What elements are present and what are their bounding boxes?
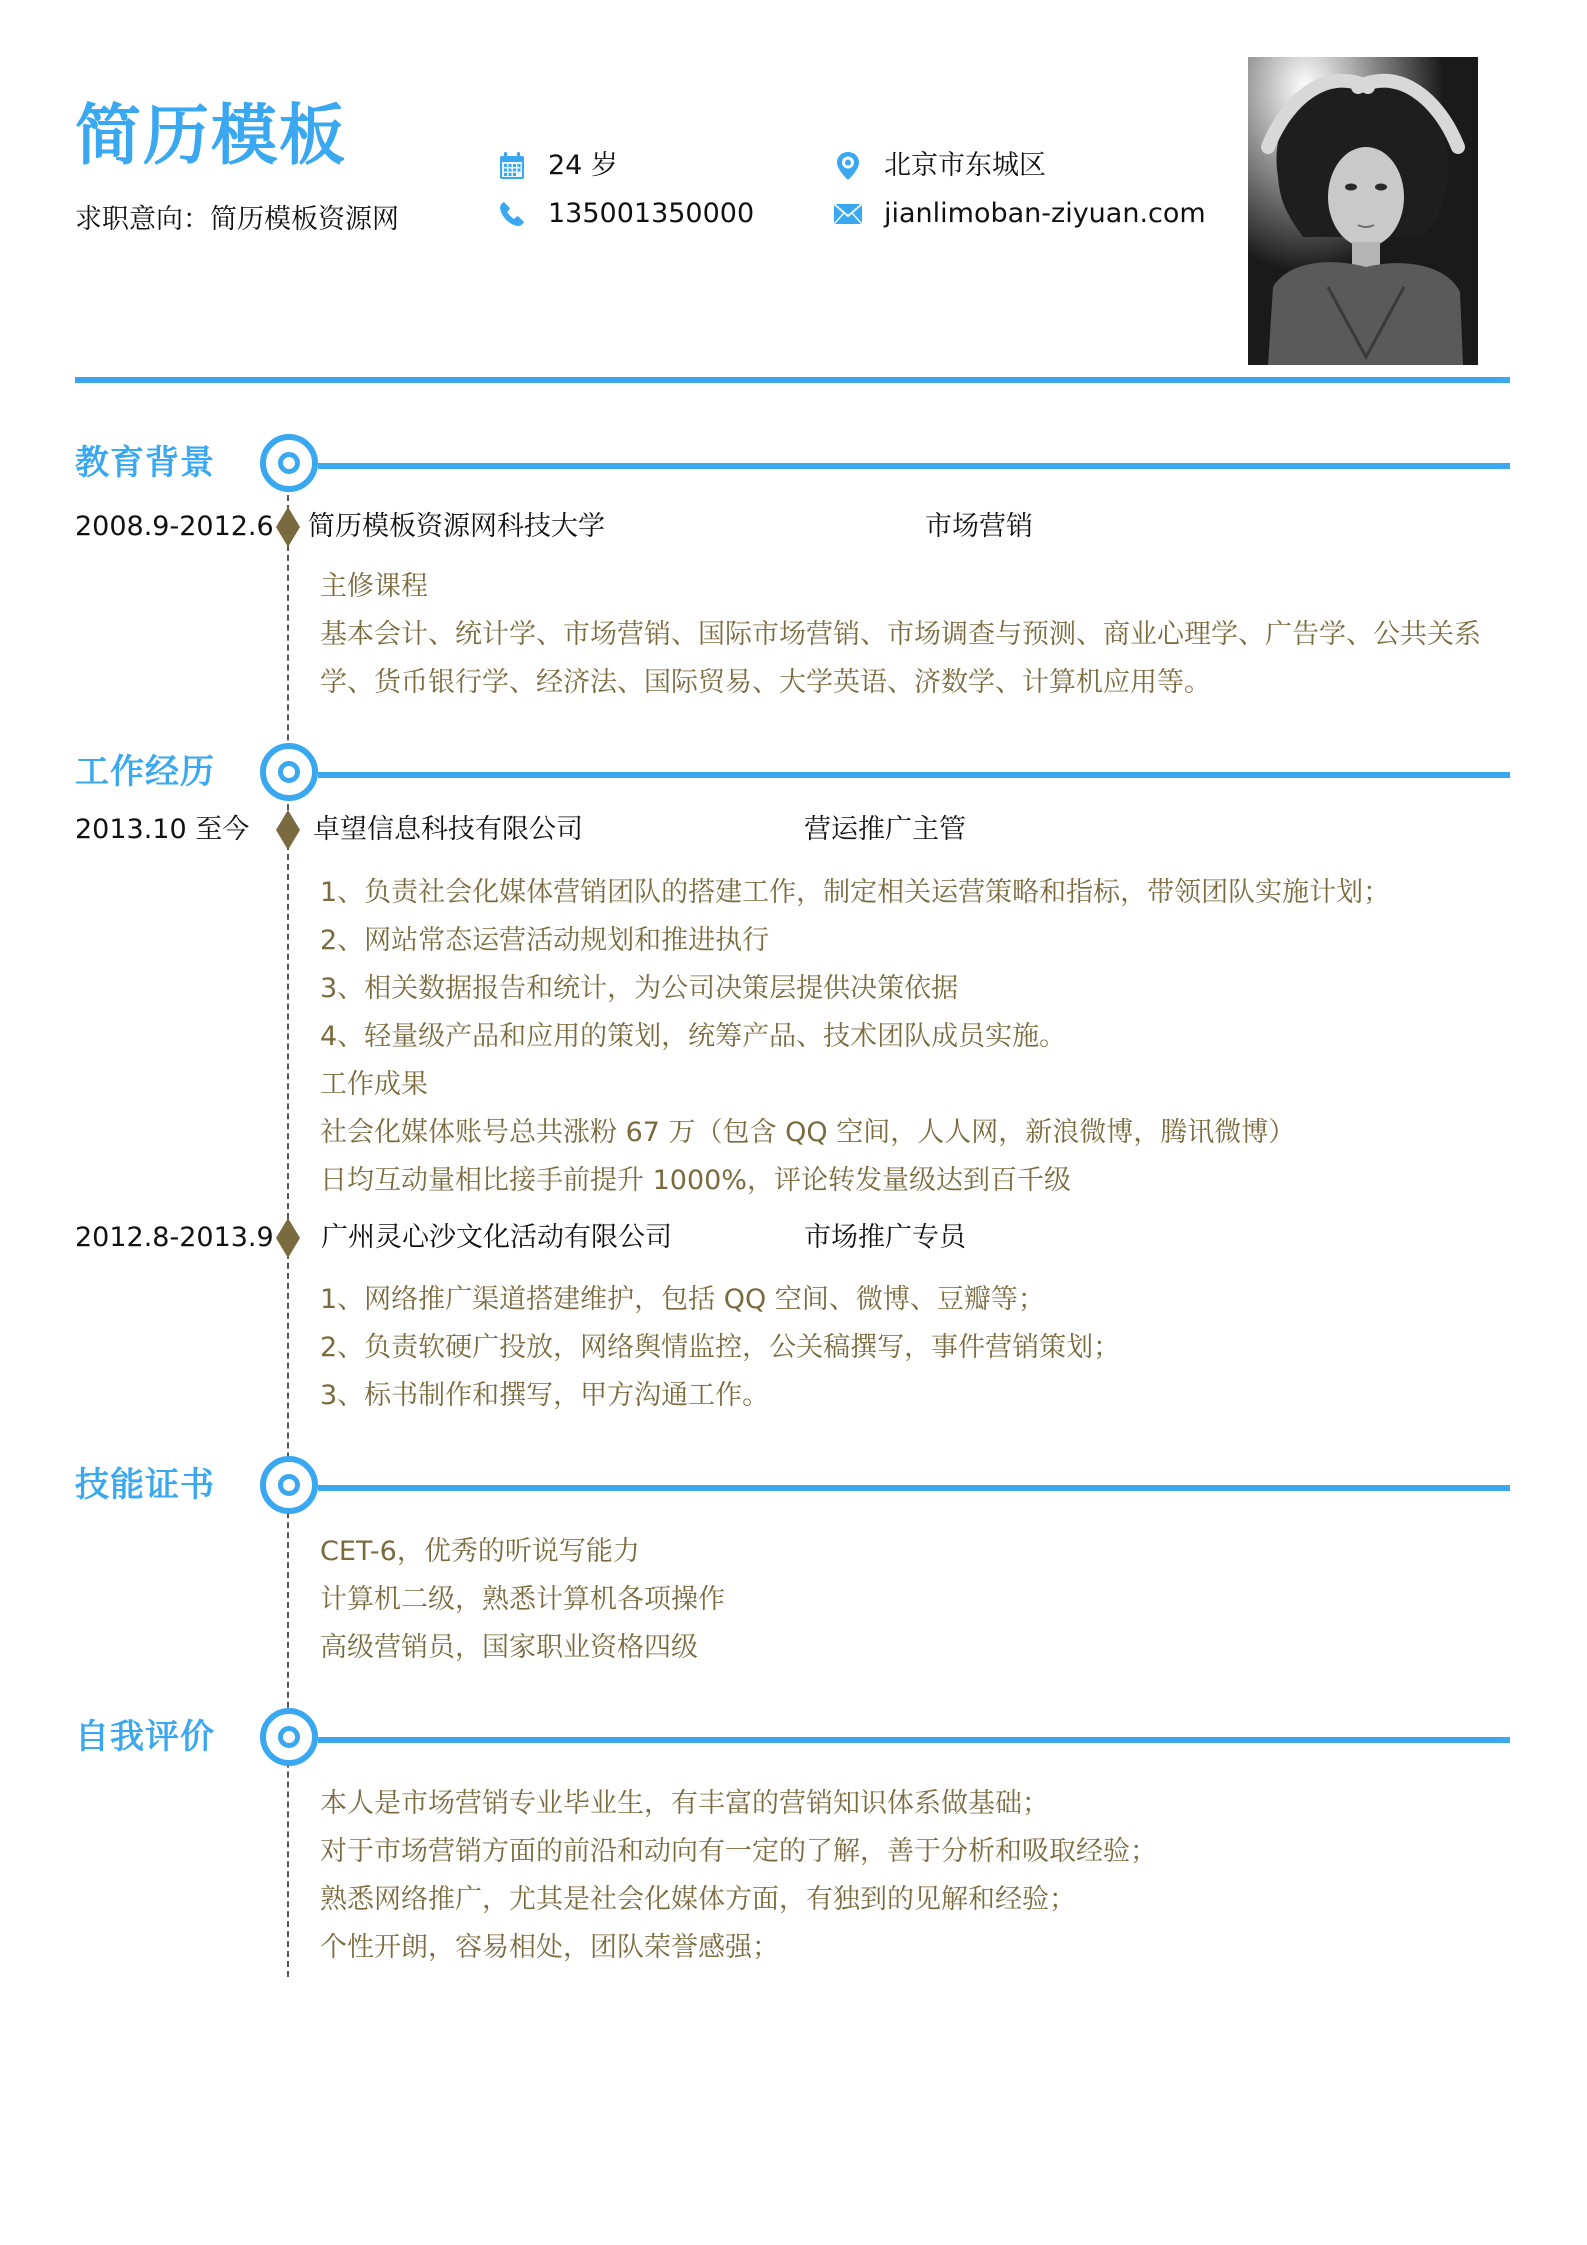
work-details: 1、网络推广渠道搭建维护，包括 QQ 空间、微博、豆瓣等； 2、负责软硬广投放，… xyxy=(320,1276,1520,1420)
section-marker-icon xyxy=(260,743,318,801)
work-position: 营运推广主管 xyxy=(804,812,966,848)
achievement-item: 日均互动量相比接手前提升 1000%，评论转发量级达到百千级 xyxy=(320,1157,1520,1205)
contact-email[interactable]: jianlimoban-ziyuan.com xyxy=(832,196,1206,232)
self-evaluation-item: 本人是市场营销专业毕业生，有丰富的营销知识体系做基础； xyxy=(320,1780,1520,1828)
contact-age: 24 岁 xyxy=(496,148,618,184)
section-title-self-evaluation: 自我评价 xyxy=(75,1715,215,1759)
contact-location: 北京市东城区 xyxy=(832,148,1046,184)
self-evaluation-item: 熟悉网络推广，尤其是社会化媒体方面，有独到的见解和经验； xyxy=(320,1876,1520,1924)
section-divider xyxy=(318,463,1510,469)
work-company: 卓望信息科技有限公司 xyxy=(313,812,583,848)
timeline-diamond-icon xyxy=(276,507,300,547)
self-evaluation-item: 个性开朗，容易相处，团队荣誉感强； xyxy=(320,1924,1520,1972)
calendar-icon xyxy=(496,150,528,182)
course-line: 学、货币银行学、经济法、国际贸易、大学英语、济数学、计算机应用等。 xyxy=(320,659,1520,707)
resume-title: 简历模板 xyxy=(75,96,347,176)
duty-item: 2、负责软硬广投放，网络舆情监控，公关稿撰写，事件营销策划； xyxy=(320,1324,1520,1372)
timeline-diamond-icon xyxy=(276,1218,300,1258)
course-line: 基本会计、统计学、市场营销、国际市场营销、市场调查与预测、商业心理学、广告学、公… xyxy=(320,611,1520,659)
duty-item: 1、负责社会化媒体营销团队的搭建工作，制定相关运营策略和指标，带领团队实施计划； xyxy=(320,869,1520,917)
section-title-education: 教育背景 xyxy=(75,441,215,485)
phone-text[interactable]: 135001350000 xyxy=(548,196,754,232)
duty-item: 3、相关数据报告和统计，为公司决策层提供决策依据 xyxy=(320,965,1520,1013)
work-position: 市场推广专员 xyxy=(804,1220,966,1256)
section-divider xyxy=(318,772,1510,778)
phone-icon xyxy=(496,198,528,230)
achievement-item: 社会化媒体账号总共涨粉 67 万（包含 QQ 空间，人人网，新浪微博，腾讯微博） xyxy=(320,1109,1520,1157)
section-marker-icon xyxy=(260,434,318,492)
duty-item: 3、标书制作和撰写，甲方沟通工作。 xyxy=(320,1372,1520,1420)
achievement-heading: 工作成果 xyxy=(320,1061,1520,1109)
location-text: 北京市东城区 xyxy=(884,148,1046,184)
duty-item: 2、网站常态运营活动规划和推进执行 xyxy=(320,917,1520,965)
profile-photo xyxy=(1248,57,1478,365)
skill-item: CET-6，优秀的听说写能力 xyxy=(320,1528,1520,1576)
duty-item: 4、轻量级产品和应用的策划，统筹产品、技术团队成员实施。 xyxy=(320,1013,1520,1061)
education-school: 简历模板资源网科技大学 xyxy=(308,509,605,545)
work-company: 广州灵心沙文化活动有限公司 xyxy=(321,1220,672,1256)
header-divider xyxy=(75,377,1510,383)
mail-icon xyxy=(832,198,864,230)
section-title-work: 工作经历 xyxy=(75,750,215,794)
section-marker-icon xyxy=(260,1708,318,1766)
self-evaluation-details: 本人是市场营销专业毕业生，有丰富的营销知识体系做基础； 对于市场营销方面的前沿和… xyxy=(320,1780,1520,1972)
contact-phone[interactable]: 135001350000 xyxy=(496,196,754,232)
job-objective: 求职意向：简历模板资源网 xyxy=(75,202,399,238)
education-major: 市场营销 xyxy=(925,509,1033,545)
location-pin-icon xyxy=(832,150,864,182)
section-marker-icon xyxy=(260,1456,318,1514)
email-text[interactable]: jianlimoban-ziyuan.com xyxy=(884,196,1206,232)
section-title-skills: 技能证书 xyxy=(75,1463,215,1507)
age-text: 24 岁 xyxy=(548,148,618,184)
skill-item: 计算机二级，熟悉计算机各项操作 xyxy=(320,1576,1520,1624)
self-evaluation-item: 对于市场营销方面的前沿和动向有一定的了解，善于分析和吸取经验； xyxy=(320,1828,1520,1876)
section-divider xyxy=(318,1485,1510,1491)
section-divider xyxy=(318,1737,1510,1743)
work-details: 1、负责社会化媒体营销团队的搭建工作，制定相关运营策略和指标，带领团队实施计划；… xyxy=(320,869,1520,1205)
duty-item: 1、网络推广渠道搭建维护，包括 QQ 空间、微博、豆瓣等； xyxy=(320,1276,1520,1324)
skills-details: CET-6，优秀的听说写能力 计算机二级，熟悉计算机各项操作 高级营销员，国家职… xyxy=(320,1528,1520,1672)
course-heading: 主修课程 xyxy=(320,563,1520,611)
work-date: 2012.8-2013.9 xyxy=(75,1220,274,1256)
education-details: 主修课程 基本会计、统计学、市场营销、国际市场营销、市场调查与预测、商业心理学、… xyxy=(320,563,1520,707)
education-date: 2008.9-2012.6 xyxy=(75,509,274,545)
timeline-diamond-icon xyxy=(276,810,300,850)
work-date: 2013.10 至今 xyxy=(75,812,249,848)
skill-item: 高级营销员，国家职业资格四级 xyxy=(320,1624,1520,1672)
